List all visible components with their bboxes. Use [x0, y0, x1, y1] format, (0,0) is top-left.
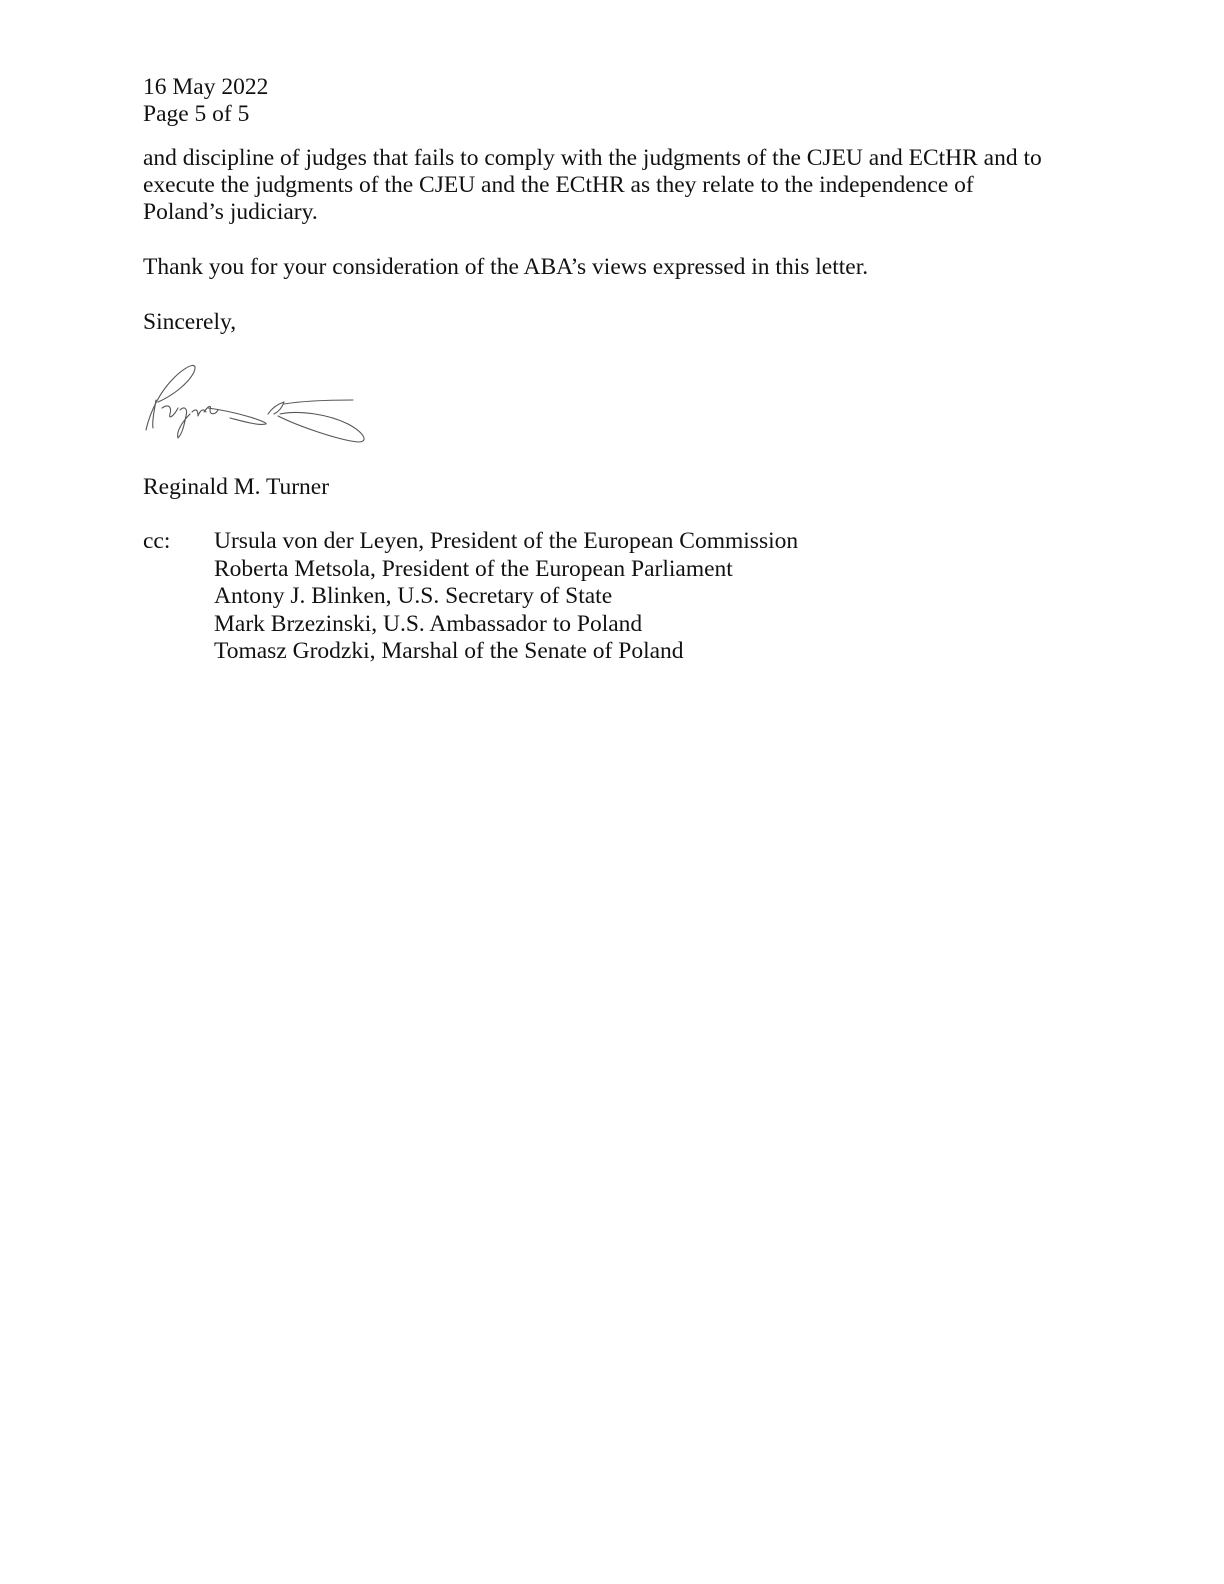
cc-recipient-list: Ursula von der Leyen, President of the E…: [214, 528, 798, 666]
cc-recipient: Roberta Metsola, President of the Europe…: [214, 556, 798, 584]
cc-recipient: Mark Brzezinski, U.S. Ambassador to Pola…: [214, 611, 798, 639]
body-paragraph: and discipline of judges that fails to c…: [143, 145, 1042, 226]
page-number: Page 5 of 5: [143, 101, 268, 128]
cc-label: cc:: [143, 528, 170, 555]
letter-page: 16 May 2022 Page 5 of 5 and discipline o…: [0, 0, 1224, 1584]
body-line: Poland’s judiciary.: [143, 199, 1042, 226]
signer-name: Reginald M. Turner: [143, 474, 329, 501]
body-line: execute the judgments of the CJEU and th…: [143, 172, 1042, 199]
cc-recipient: Ursula von der Leyen, President of the E…: [214, 528, 798, 556]
letter-date: 16 May 2022: [143, 74, 268, 101]
cc-recipient: Antony J. Blinken, U.S. Secretary of Sta…: [214, 583, 798, 611]
letter-header: 16 May 2022 Page 5 of 5: [143, 74, 268, 128]
closing: Sincerely,: [143, 309, 236, 336]
cc-recipient: Tomasz Grodzki, Marshal of the Senate of…: [214, 638, 798, 666]
signature-icon: [138, 352, 378, 452]
body-line: and discipline of judges that fails to c…: [143, 145, 1042, 172]
thanks-paragraph: Thank you for your consideration of the …: [143, 254, 868, 281]
